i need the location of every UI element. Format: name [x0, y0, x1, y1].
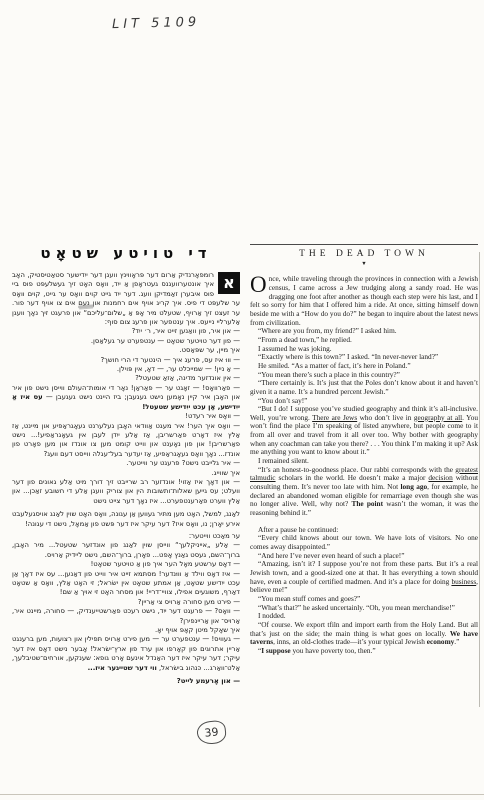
text-segment: .”	[454, 637, 459, 646]
text-segment: — און דאָך איז אַזוי! אונדזער רב שרייבט …	[12, 478, 240, 505]
text-segment: I remained silent.	[258, 456, 309, 465]
english-text: Once, while traveling through the provin…	[250, 275, 478, 655]
text-segment: nce, while traveling through the provinc…	[250, 274, 478, 326]
text-segment: There are Jews	[312, 413, 357, 422]
page-number: 39	[204, 725, 219, 739]
paragraph: איך שאָקל מיטן קאָפּ אויף יאָ.	[12, 626, 240, 635]
paragraph: — אַ ניין! — שמייכלט ער, — דאָ, אין פּוי…	[12, 365, 240, 374]
text-segment: economy	[427, 637, 455, 646]
text-segment: who don’t live in	[357, 413, 414, 422]
text-segment: The point	[351, 499, 383, 508]
drop-cap: O	[250, 275, 269, 294]
paragraph: — פון דער טויטער שטאָט — ענטפערט ער געלא…	[12, 337, 240, 346]
paragraph: “There certainly is. It’s just that the …	[250, 379, 478, 396]
text-segment: “You don’t say!”	[258, 396, 307, 405]
paragraph: — דאָס ערשטע מאָל הער איך פון אַ טויטער …	[12, 560, 240, 569]
paragraph: איך מיין, ער שפּאַסט.	[12, 346, 240, 355]
triangle-ornament-icon: ▼	[250, 260, 478, 269]
paragraph: — אַלע „אייניקלעך“ ווייסן שוין לאַנג פון…	[12, 541, 240, 560]
text-segment: לאַנג, למשל, האָט מען מתּיר געווען אַן ע…	[12, 510, 240, 527]
column-rule	[250, 244, 478, 245]
paragraph: איך שווייג.	[12, 469, 240, 478]
text-segment: business	[451, 577, 476, 586]
text-segment: איך שווייג.	[212, 469, 240, 477]
text-segment: I suppose	[261, 646, 290, 655]
text-segment: “Of course. We export tfiln and import e…	[250, 620, 478, 638]
yiddish-column: די טויטע שטאָט ארומפאָרנדיק אַרום דער פּ…	[12, 244, 240, 689]
paragraph: — פירט מען סחורה אַרויס צי אַריין?	[12, 598, 240, 607]
text-segment: I nodded.	[258, 611, 286, 620]
text-segment: — אין אונדזער מדינה, אַזאַ שטעטל?	[135, 374, 240, 382]
text-segment: “You mean there’s such a place in this c…	[258, 370, 400, 379]
paragraph: — איז דאָס ווילד אַ וווּנדער! מסתּמא זיי…	[12, 570, 240, 598]
text-segment: — פירט מען סחורה אַרויס צי אַריין?	[138, 598, 240, 606]
paragraph: — אין אונדזער מדינה, אַזאַ שטעטל?	[12, 374, 240, 383]
paragraph: “Amazing, isn’t it? I suppose you’re not…	[250, 560, 478, 595]
paragraph: “I suppose you have poverty too, then.”	[250, 647, 478, 656]
yiddish-text: ארומפאָרנדיק אַרום דער פּראָווינץ וועגן …	[12, 271, 240, 686]
paragraph: — וואָס איך הער! איר מעגט אַוודאי האָבן …	[12, 422, 240, 460]
text-segment: איך שאָקל מיטן קאָפּ אויף יאָ.	[155, 626, 240, 634]
paragraph: — און איר, פון וואַנען זייט איר, ר׳ ייִד…	[12, 327, 240, 336]
text-segment: “From a dead town,” he replied.	[258, 335, 352, 344]
paragraph: — געוויס! — ענטפערט ער — מען פירט אַרויס…	[12, 635, 240, 673]
text-segment: — און אָרעמע לייט?	[177, 677, 240, 685]
text-segment: “Every child knows about our town. We ha…	[250, 533, 478, 551]
text-segment: — וואָס איך הער! איר מעגט אַוודאי האָבן …	[12, 422, 240, 458]
scanned-book-page: LIT 5109 די טויטע שטאָט ארומפאָרנדיק אַר…	[0, 0, 484, 800]
text-segment: scholars in the world. He doesn’t make a…	[276, 473, 429, 482]
paragraph: — וואָס? — פרעגט דער ייִד, נישט רעכט פאַ…	[12, 607, 240, 626]
text-segment: decision	[428, 473, 452, 482]
scan-edge-line-bottom	[0, 794, 484, 795]
paragraph: “It’s an honest-to-goodness place. Our r…	[250, 466, 478, 518]
text-segment: — דאָס ערשטע מאָל הער איך פון אַ טויטער …	[91, 560, 240, 568]
text-segment: — וואָס? — פרעגט דער ייִד, נישט רעכט פאַ…	[12, 607, 240, 624]
text-segment: “Amazing, isn’t it? I suppose you’re not…	[250, 559, 478, 585]
handwritten-catalog-number: LIT 5109	[112, 15, 201, 32]
paragraph: — און דאָך איז אַזוי! אונדזער רב שרייבט …	[12, 478, 240, 506]
text-segment: — וואָס איר רעדט!	[185, 412, 240, 420]
text-segment: — איז דאָס ווילד אַ וווּנדער! מסתּמא זיי…	[12, 570, 240, 597]
text-segment: רומפאָרנדיק אַרום דער פּראָווינץ וועגן ד…	[12, 271, 240, 326]
paragraph: “Every child knows about our town. We ha…	[250, 534, 478, 551]
text-segment: I assumed he was joking.	[258, 344, 332, 353]
text-segment: you have poverty too, then.”	[291, 646, 376, 655]
paragraph: “Of course. We export tfiln and import e…	[250, 621, 478, 647]
story-title-yiddish: די טויטע שטאָט	[12, 244, 240, 262]
text-segment: — פון דער טויטער שטאָט — ענטפערט ער געלא…	[91, 337, 240, 345]
paragraph: Once, while traveling through the provin…	[250, 275, 478, 327]
text-segment: — און איר, פון וואַנען זייט איר, ר׳ ייִד…	[132, 327, 240, 335]
text-segment: “It’s an honest-to-goodness place. Our r…	[258, 465, 455, 474]
text-segment: After a pause he continued:	[258, 525, 338, 534]
paragraph: — און אָרעמע לייט?	[12, 677, 240, 686]
text-segment: ווי דער שטייגער איז...	[88, 664, 157, 672]
text-segment: — פאַרוואָס! — זאָגט ער — פאַראַן! נאָר …	[12, 384, 240, 401]
paragraph: “But I do! I suppose you’ve studied geog…	[250, 405, 478, 457]
text-segment: — איר גלייבט נישט? פרעגט ער ווייטער.	[126, 459, 240, 467]
text-segment: — וווּ איז עס, פרעג איך — הינטער די הרי …	[101, 356, 240, 364]
paragraph: — וואָס איר רעדט!	[12, 412, 240, 421]
text-segment: “And here I’ve never even heard of such …	[258, 551, 404, 560]
text-segment: long ago	[400, 482, 427, 491]
story-title-english: THE DEAD TOWN	[250, 250, 478, 259]
paragraph: — פאַרוואָס! — זאָגט ער — פאַראַן! נאָר …	[12, 384, 240, 412]
paragraph: — איר גלייבט נישט? פרעגט ער ווייטער.	[12, 459, 240, 468]
text-segment: — אַלע „אייניקלעך“ ווייסן שוין לאַנג פון…	[12, 541, 240, 558]
paragraph: לאַנג, למשל, האָט מען מתּיר געווען אַן ע…	[12, 510, 240, 529]
text-segment: , inns, an old-clothes trade—it’s your t…	[273, 637, 427, 646]
text-segment: — אַ ניין! — שמייכלט ער, — דאָ, אין פּוי…	[117, 365, 240, 373]
text-segment: “Where are you from, my friend?” I asked…	[258, 326, 397, 335]
paragraph: — וווּ איז עס, פרעג איך — הינטער די הרי …	[12, 356, 240, 365]
paragraph: ער מאַכט ווייטער:	[12, 532, 240, 541]
text-segment: “There certainly is. It’s just that the …	[250, 378, 478, 396]
text-segment: ער מאַכט ווייטער:	[189, 532, 240, 540]
english-column: THE DEAD TOWN ▼ Once, while traveling th…	[250, 244, 478, 656]
page-number-circled: 39	[196, 720, 227, 746]
text-segment: “What’s that?” he asked uncertainly. “Oh…	[258, 603, 455, 612]
text-segment: “Exactly where is this town?” I asked. “…	[258, 352, 438, 361]
text-segment: geography at all	[414, 413, 462, 422]
text-segment: “You mean stuff comes and goes?”	[258, 594, 360, 603]
paragraph: ארומפאָרנדיק אַרום דער פּראָווינץ וועגן …	[12, 271, 240, 327]
text-segment: He smiled. “As a matter of fact, it’s he…	[258, 361, 411, 370]
text-segment: איך מיין, ער שפּאַסט.	[179, 346, 240, 354]
scan-edge-line-right	[479, 252, 480, 707]
drop-cap: א	[218, 272, 240, 294]
